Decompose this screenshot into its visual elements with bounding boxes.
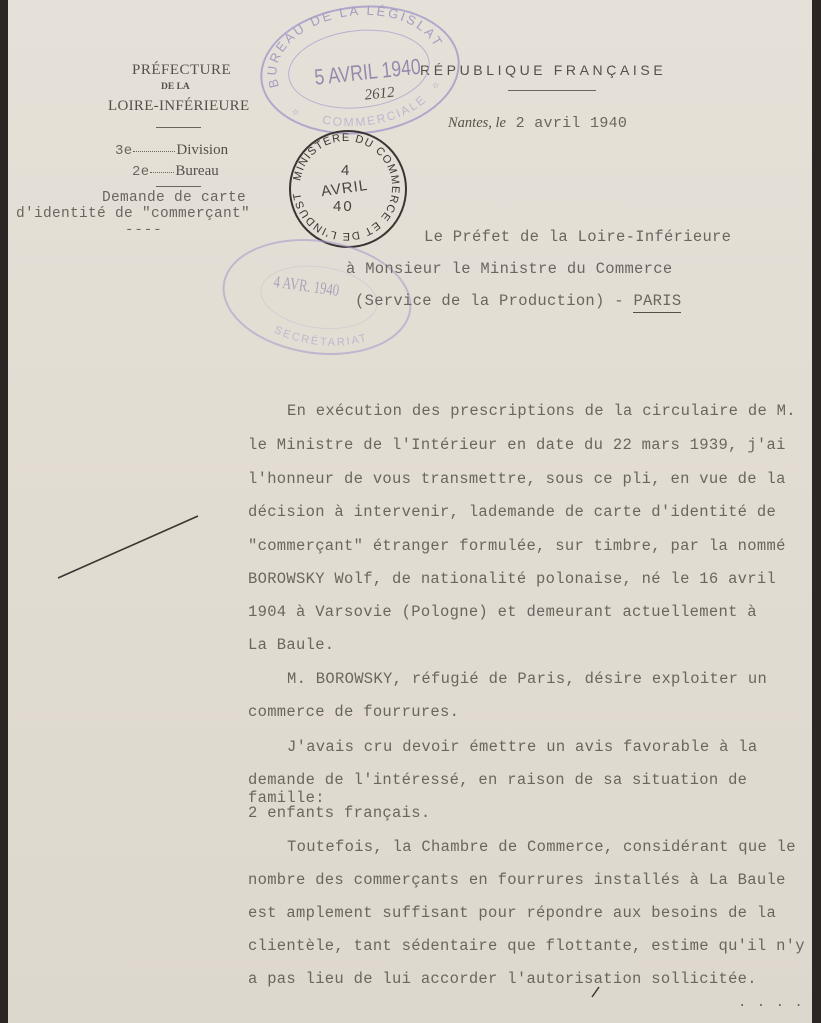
body-line: 1904 à Varsovie (Pologne) et demeurant a…	[248, 603, 757, 621]
body-line: est amplement suffisant pour répondre au…	[248, 904, 776, 922]
body-line: décision à intervenir, lademande de cart…	[248, 503, 776, 521]
continuation-dots: . . . .	[738, 995, 804, 1011]
svg-text:☆: ☆	[291, 105, 300, 120]
body-line: 2 enfants français.	[248, 804, 430, 822]
pen-tick-mark	[590, 985, 602, 999]
body-line: "commerçant" étranger formulée, sur timb…	[248, 537, 786, 555]
svg-text:SECRÉTARIAT: SECRÉTARIAT	[271, 319, 371, 355]
date-line: Nantes, le 2 avril 1940	[448, 114, 627, 132]
bureau-line: 2eBureau	[132, 162, 219, 180]
recipient-city: PARIS	[633, 292, 681, 313]
subject-line-2: d'identité de "commerçant"	[16, 206, 250, 222]
body-line: La Baule.	[248, 636, 334, 654]
division-label: Division	[176, 142, 228, 158]
body-line: BOROWSKY Wolf, de nationalité polonaise,…	[248, 570, 776, 588]
letterhead-rule	[156, 127, 201, 128]
svg-text:☆: ☆	[431, 78, 440, 93]
body-line: M. BOROWSKY, réfugié de Paris, désire ex…	[287, 670, 767, 688]
division-dots	[133, 151, 175, 152]
body-line: En exécution des prescriptions de la cir…	[287, 402, 796, 420]
body-line: le Ministre de l'Intérieur en date du 22…	[248, 436, 786, 454]
recipient-line: à Monsieur le Ministre du Commerce	[346, 260, 672, 278]
recipient-service: (Service de la Production) -	[355, 292, 624, 310]
page-edge-shadow	[812, 0, 821, 1023]
ministry-stamp: MINISTÈRE DU COMMERCE ET DE L'INDUSTRIE …	[289, 130, 407, 248]
subject-line-1: Demande de carte	[55, 190, 246, 206]
margin-pen-stroke	[48, 510, 218, 590]
body-line: demande de l'intéressé, en raison de sa …	[248, 771, 812, 807]
bureau-label: Bureau	[175, 163, 218, 179]
recipient-service-line: (Service de la Production) - PARIS	[355, 292, 681, 310]
prefecture-department: LOIRE-INFÉRIEURE	[108, 98, 249, 115]
prefecture-de-la: DE LA	[161, 82, 190, 92]
legislation-stamp: BUREAU DE LA LÉGISLATION COMMERCIALE ☆ ☆…	[254, 0, 466, 144]
bureau-number: 2e	[132, 164, 149, 180]
handwritten-registry-number: 2612	[364, 85, 396, 105]
sender-line: Le Préfet de la Loire-Inférieure	[424, 228, 731, 246]
ministry-stamp-day: 4	[341, 162, 349, 179]
body-line: a pas lieu de lui accorder l'autorisatio…	[248, 970, 757, 988]
body-line: commerce de fourrures.	[248, 703, 459, 721]
letterhead-rule-2	[156, 186, 201, 187]
body-line: nombre des commerçants en fourrures inst…	[248, 871, 786, 889]
division-number: 3e	[115, 143, 132, 159]
body-line: l'honneur de vous transmettre, sous ce p…	[248, 470, 786, 488]
body-line: clientèle, tant sédentaire que flottante…	[248, 937, 805, 955]
ministry-stamp-year: 40	[333, 198, 354, 215]
division-line: 3eDivision	[115, 141, 228, 159]
document-page: PRÉFECTURE DE LA LOIRE-INFÉRIEURE 3eDivi…	[8, 0, 812, 1023]
body-line: Toutefois, la Chambre de Commerce, consi…	[287, 838, 796, 856]
republic-rule	[508, 90, 596, 91]
bureau-dots	[150, 172, 174, 173]
subject-rule: ----	[125, 222, 163, 238]
body-line: J'avais cru devoir émettre un avis favor…	[287, 738, 757, 756]
letter-date: 2 avril 1940	[516, 115, 628, 132]
prefecture-title: PRÉFECTURE	[132, 62, 231, 79]
